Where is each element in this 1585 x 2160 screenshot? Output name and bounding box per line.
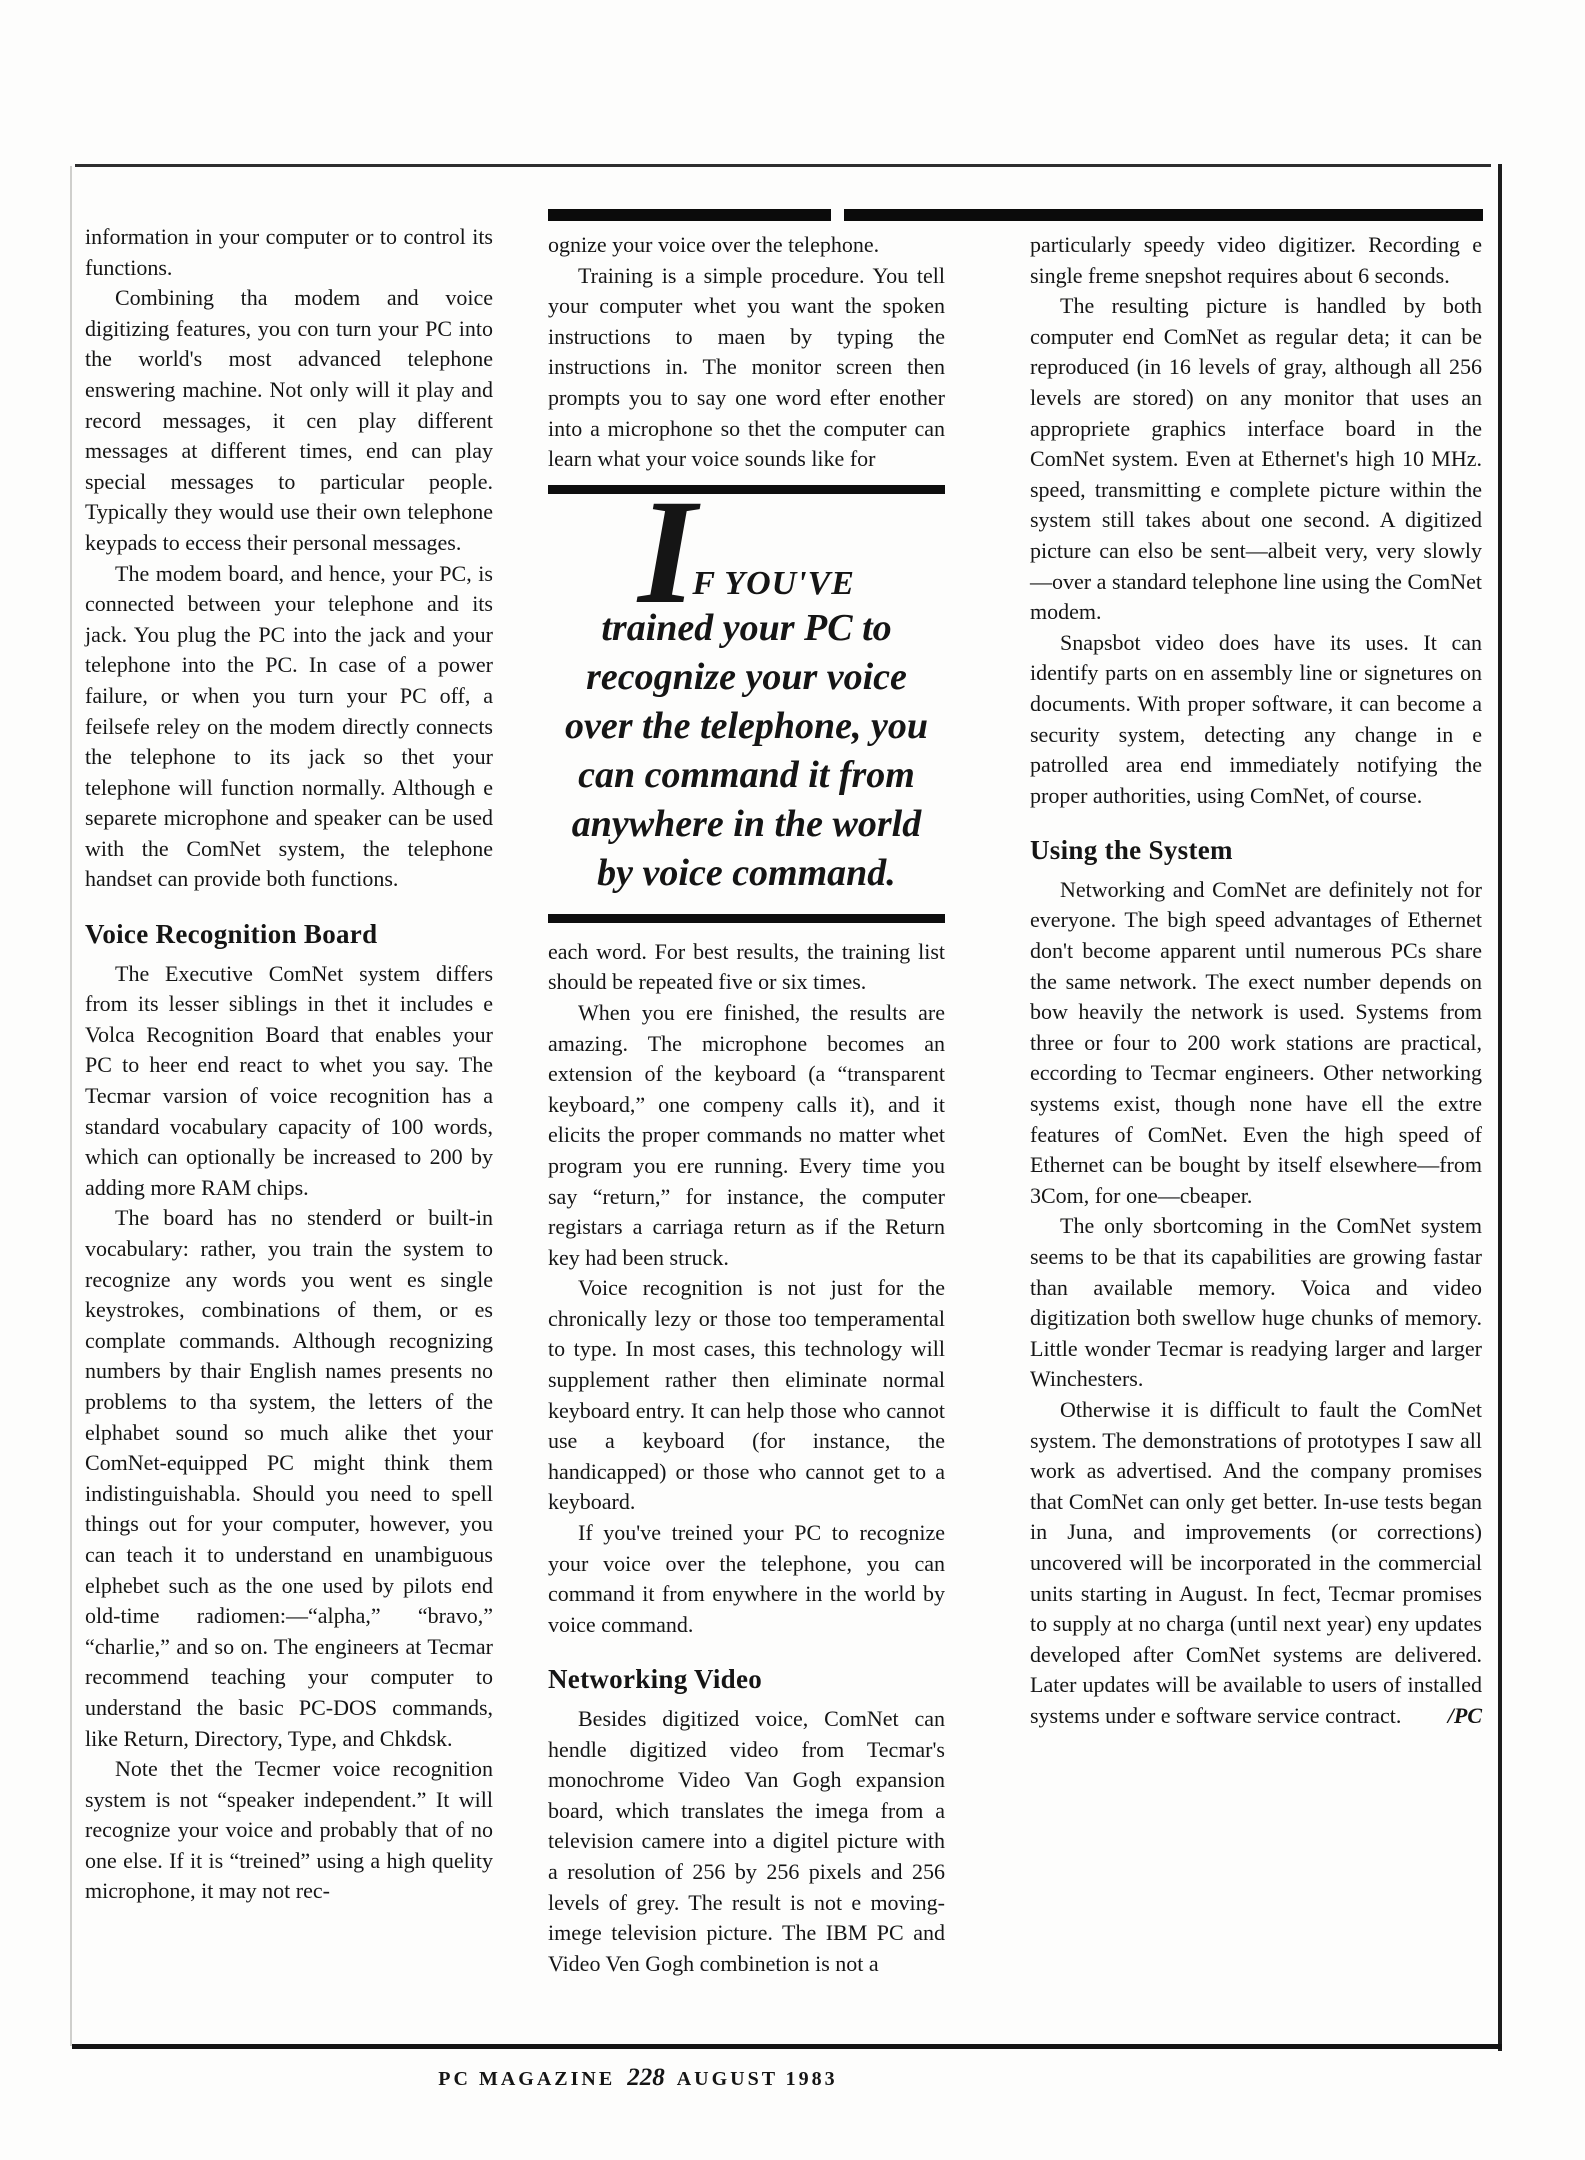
section-heading-voice-recognition-board: Voice Recognition Board (85, 919, 493, 950)
pull-quote-first-line: IF YOU'VE (548, 500, 945, 604)
magazine-page: information in your computer or to contr… (0, 0, 1585, 2160)
paragraph: ognize your voice over the telephone. (548, 230, 945, 261)
paragraph: The modem board, and hence, your PC, is … (85, 559, 493, 896)
paragraph: Combining tha modem and voice digitizing… (85, 283, 493, 558)
paragraph: Besides digitized voice, ComNet can hend… (548, 1704, 945, 1979)
page-left-rule (70, 166, 72, 2046)
pull-quote-lead: F YOU'VE (692, 565, 855, 602)
paragraph: Networking and ComNet are definitely not… (1030, 875, 1482, 1212)
pull-quote-line: anywhere in the world (548, 800, 945, 849)
section-heading-using-the-system: Using the System (1030, 835, 1482, 866)
section-heading-networking-video: Networking Video (548, 1664, 945, 1695)
column-middle: ognize your voice over the telephone. Tr… (548, 230, 945, 1979)
footer-page-number: 228 (627, 2064, 665, 2091)
pull-quote: IF YOU'VE trained your PC to recognize y… (548, 485, 945, 923)
pull-quote-line: can command it from (548, 751, 945, 800)
column-left: information in your computer or to contr… (85, 222, 493, 1907)
page-footer: PC MAGAZINE228AUGUST 1983 (438, 2064, 838, 2092)
page-bottom-rule (72, 2044, 1502, 2049)
paragraph: particularly speedy video digitizer. Rec… (1030, 230, 1482, 291)
paragraph: The only sbortcoming in the ComNet syste… (1030, 1211, 1482, 1395)
paragraph: The Executive ComNet system differs from… (85, 959, 493, 1204)
page-top-rule (75, 164, 1491, 167)
paragraph: Note thet the Tecmer voice recognition s… (85, 1754, 493, 1907)
paragraph: information in your computer or to contr… (85, 222, 493, 283)
paragraph: The resulting picture is handled by both… (1030, 291, 1482, 628)
paragraph-text: Otherwise it is difficult to fault the C… (1030, 1397, 1482, 1728)
paragraph: The board has no stenderd or built-in vo… (85, 1203, 493, 1754)
pull-quote-line: trained your PC to (548, 604, 945, 653)
pull-quote-line: by voice command. (548, 849, 945, 898)
paragraph: If you've treined your PC to recognize y… (548, 1518, 945, 1640)
footer-magazine-name: PC MAGAZINE (438, 2068, 615, 2090)
article-header-bar-left (548, 209, 831, 221)
paragraph: Voice recognition is not just for the ch… (548, 1273, 945, 1518)
paragraph: Snapsbot video does have its uses. It ca… (1030, 628, 1482, 812)
article-header-bar-right (844, 209, 1483, 221)
footer-issue-date: AUGUST 1983 (677, 2068, 838, 2090)
paragraph: Training is a simple procedure. You tell… (548, 261, 945, 475)
paragraph: each word. For best results, the trainin… (548, 937, 945, 998)
paragraph: Otherwise it is difficult to fault the C… (1030, 1395, 1482, 1732)
pull-quote-line: over the telephone, you (548, 702, 945, 751)
pull-quote-line: recognize your voice (548, 653, 945, 702)
paragraph: When you ere finished, the results are a… (548, 998, 945, 1273)
column-right: particularly speedy video digitizer. Rec… (1030, 230, 1482, 1732)
page-right-rule (1498, 164, 1502, 2051)
